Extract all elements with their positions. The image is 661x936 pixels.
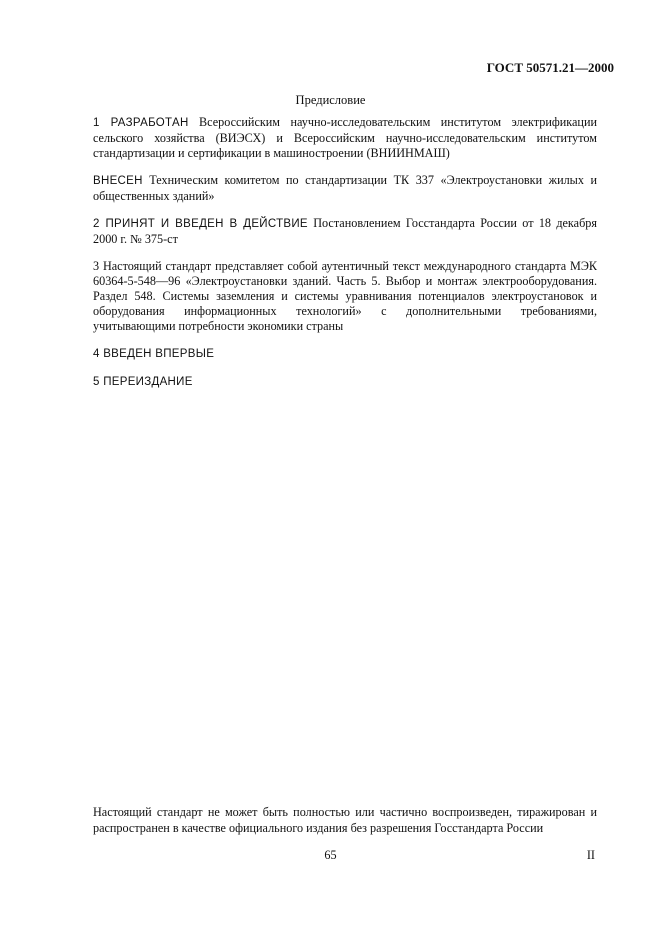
page-number: 65 bbox=[0, 848, 661, 863]
paragraph-introduced: ВНЕСЕН Техническим комитетом по стандарт… bbox=[93, 173, 597, 204]
paragraph-lead: 1 РАЗРАБОТАН bbox=[93, 117, 189, 129]
preface-body: 1 РАЗРАБОТАН Всероссийским научно-исслед… bbox=[93, 115, 597, 402]
document-code: ГОСТ 50571.21—2000 bbox=[487, 60, 614, 76]
paragraph-reissue: 5 ПЕРЕИЗДАНИЕ bbox=[93, 374, 597, 390]
paragraph-first-introduced: 4 ВВЕДЕН ВПЕРВЫЕ bbox=[93, 346, 597, 362]
paragraph-developed: 1 РАЗРАБОТАН Всероссийским научно-исслед… bbox=[93, 115, 597, 161]
section-heading: Предисловие bbox=[0, 93, 661, 108]
paragraph-authentic-text: 3 Настоящий стандарт представляет собой … bbox=[93, 259, 597, 334]
paragraph-text: Настоящий стандарт представляет собой ау… bbox=[93, 259, 597, 333]
paragraph-text: Техническим комитетом по стандартизации … bbox=[93, 173, 597, 203]
paragraph-lead: 5 ПЕРЕИЗДАНИЕ bbox=[93, 376, 193, 388]
paragraph-adopted: 2 ПРИНЯТ И ВВЕДЕН В ДЕЙСТВИЕ Постановлен… bbox=[93, 216, 597, 247]
paragraph-lead: 2 ПРИНЯТ И ВВЕДЕН В ДЕЙСТВИЕ bbox=[93, 218, 308, 230]
paragraph-lead: ВНЕСЕН bbox=[93, 175, 143, 187]
roman-page-number: II bbox=[587, 848, 595, 863]
paragraph-lead: 4 ВВЕДЕН ВПЕРВЫЕ bbox=[93, 348, 214, 360]
copyright-notice: Настоящий стандарт не может быть полност… bbox=[93, 804, 597, 836]
